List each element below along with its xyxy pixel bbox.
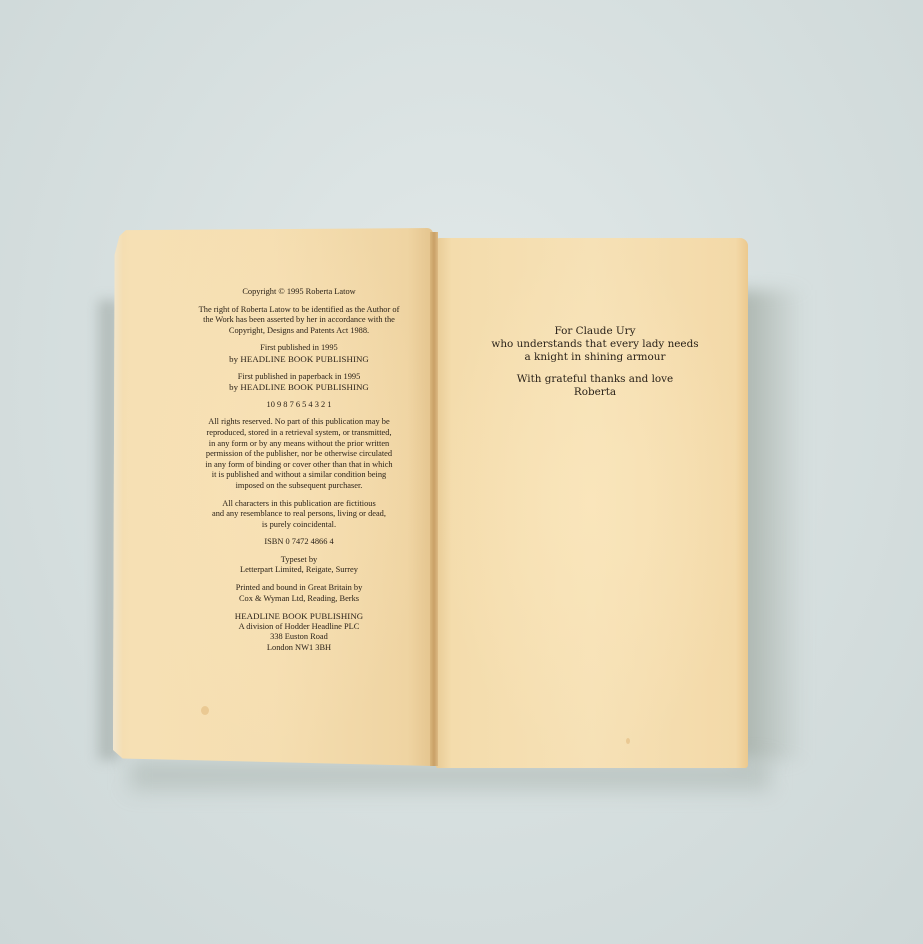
paperback-published-publisher: by HEADLINE BOOK PUBLISHING xyxy=(186,382,412,393)
publisher-name: HEADLINE BOOK PUBLISHING xyxy=(186,611,412,622)
rights-line: All rights reserved. No part of this pub… xyxy=(186,417,412,428)
rights-line: permission of the publisher, nor be othe… xyxy=(186,449,412,460)
publisher-city: London NW1 3BH xyxy=(186,643,412,654)
paper-stain xyxy=(626,738,630,744)
paperback-published-paragraph: First published in paperback in 1995 by … xyxy=(186,372,412,393)
rights-line: imposed on the subsequent purchaser. xyxy=(186,481,412,492)
fiction-line: is purely coincidental. xyxy=(186,520,412,531)
rights-reserved-paragraph: All rights reserved. No part of this pub… xyxy=(186,417,412,491)
moral-rights-line: Copyright, Designs and Patents Act 1988. xyxy=(186,326,412,337)
publisher-address-paragraph: HEADLINE BOOK PUBLISHING A division of H… xyxy=(186,611,412,653)
closing-line: With grateful thanks and love xyxy=(470,373,720,386)
first-published-line: First published in 1995 xyxy=(186,343,412,354)
moral-rights-line: The right of Roberta Latow to be identif… xyxy=(186,305,412,316)
first-published-paragraph: First published in 1995 by HEADLINE BOOK… xyxy=(186,343,412,364)
publisher-street: 338 Euston Road xyxy=(186,632,412,643)
copyright-text: Copyright © 1995 Roberta Latow xyxy=(186,287,412,298)
paperback-published-line: First published in paperback in 1995 xyxy=(186,372,412,383)
closing-paragraph: With grateful thanks and love Roberta xyxy=(470,373,720,399)
typeset-line: Letterpart Limited, Reigate, Surrey xyxy=(186,565,412,576)
printing-number-line: 10 9 8 7 6 5 4 3 2 1 xyxy=(186,400,412,411)
rights-line: it is published and without a similar co… xyxy=(186,470,412,481)
dedication-paragraph: For Claude Ury who understands that ever… xyxy=(470,325,720,364)
printed-line: Printed and bound in Great Britain by xyxy=(186,583,412,594)
printed-line: Cox & Wyman Ltd, Reading, Berks xyxy=(186,594,412,605)
signature: Roberta xyxy=(470,386,720,399)
copyright-page-text: Copyright © 1995 Roberta Latow The right… xyxy=(186,287,412,661)
dedication-page-text: For Claude Ury who understands that ever… xyxy=(470,325,720,408)
typeset-line: Typeset by xyxy=(186,555,412,566)
dedication-line: For Claude Ury xyxy=(470,325,720,338)
publisher-division: A division of Hodder Headline PLC xyxy=(186,622,412,633)
dedication-line: a knight in shining armour xyxy=(470,351,720,364)
paper-stain xyxy=(201,706,209,715)
moral-rights-line: the Work has been asserted by her in acc… xyxy=(186,315,412,326)
right-page xyxy=(436,238,748,768)
isbn-line: ISBN 0 7472 4866 4 xyxy=(186,537,412,548)
rights-line: in any form or by any means without the … xyxy=(186,439,412,450)
first-published-publisher: by HEADLINE BOOK PUBLISHING xyxy=(186,354,412,365)
typeset-paragraph: Typeset by Letterpart Limited, Reigate, … xyxy=(186,555,412,576)
printing-line: 10 9 8 7 6 5 4 3 2 1 xyxy=(186,400,412,411)
rights-line: in any form of binding or cover other th… xyxy=(186,460,412,471)
isbn-text: ISBN 0 7472 4866 4 xyxy=(186,537,412,548)
fiction-line: and any resemblance to real persons, liv… xyxy=(186,509,412,520)
fiction-notice-paragraph: All characters in this publication are f… xyxy=(186,499,412,531)
rights-line: reproduced, stored in a retrieval system… xyxy=(186,428,412,439)
book-gutter xyxy=(430,232,438,766)
printed-paragraph: Printed and bound in Great Britain by Co… xyxy=(186,583,412,604)
dedication-line: who understands that every lady needs xyxy=(470,338,720,351)
fiction-line: All characters in this publication are f… xyxy=(186,499,412,510)
moral-rights-paragraph: The right of Roberta Latow to be identif… xyxy=(186,305,412,337)
copyright-line: Copyright © 1995 Roberta Latow xyxy=(186,287,412,298)
